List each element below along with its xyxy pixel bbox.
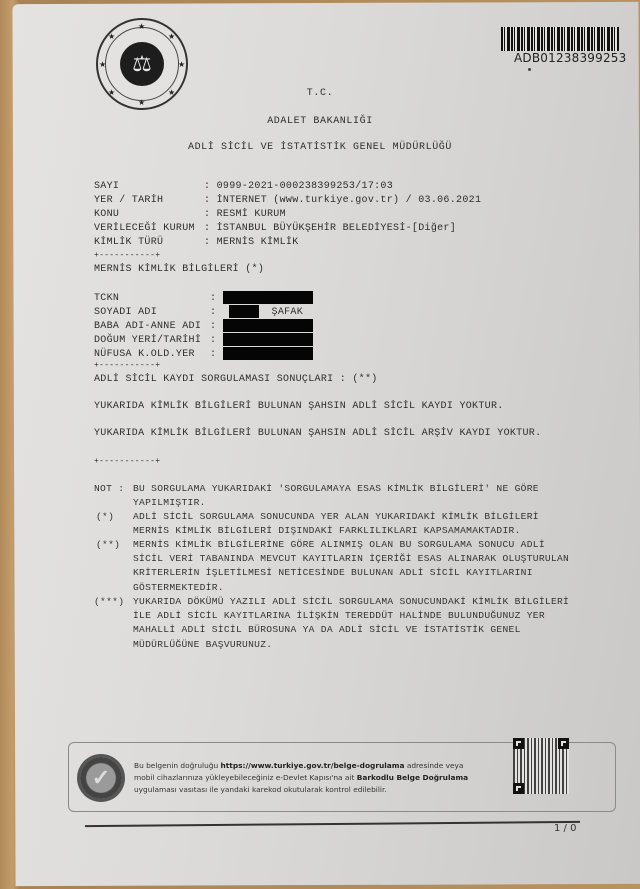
meta-row-konu: KONU: RESMİ KURUM (94, 209, 286, 220)
header-directorate: ADLİ SİCİL VE İSTATİSTİK GENEL MÜDÜRLÜĞÜ (0, 142, 640, 153)
redacted-value (223, 291, 313, 304)
results-title: ADLİ SİCİL KAYDI SORGULAMASI SONUÇLARI :… (94, 374, 378, 385)
qr-finder-pattern (513, 738, 524, 749)
scales-of-justice-icon: ⚖ (120, 42, 164, 86)
page-number: 1 / 0 (554, 823, 576, 834)
note-text-3: YUKARIDA DÖKÜMÜ YAZILI ADLİ SİCİL SORGUL… (133, 595, 569, 652)
meta-row-kurum: VERİLECEĞİ KURUM: İSTANBUL BÜYÜKŞEHİR BE… (94, 223, 456, 234)
identity-row-soyadi-adi: SOYADI ADI: ŞAFAK (94, 305, 303, 318)
separator: +-----------+ (94, 251, 160, 260)
note-marker: NOT : (94, 482, 124, 496)
note-text-1: ADLİ SİCİL SORGULAMA SONUCUNDA YER ALAN … (133, 510, 539, 538)
result-criminal-record: YUKARIDA KİMLİK BİLGİLERİ BULUNAN ŞAHSIN… (94, 401, 504, 412)
identity-row-tckn: TCKN: (94, 291, 313, 304)
document-barcode (501, 27, 619, 51)
star-icon: ★ (108, 32, 115, 41)
star-icon: ★ (138, 98, 145, 107)
note-marker-2: (**) (96, 538, 120, 552)
verification-url[interactable]: https://www.turkiye.gov.tr/belge-dogrula… (221, 761, 405, 770)
meta-row-sayi: SAYI: 0999-2021-000238399253/17:03 (94, 181, 393, 192)
barcode-number: ADB01238399253 (514, 51, 626, 65)
meta-row-yer-tarih: YER / TARİH: İNTERNET (www.turkiye.gov.t… (94, 195, 481, 206)
qr-finder-pattern (513, 783, 524, 794)
star-icon: ★ (99, 60, 106, 69)
star-icon: ★ (138, 22, 145, 31)
identity-row-dogum: DOĞUM YERİ/TARİHİ: (94, 333, 313, 346)
verification-app-name: Barkodlu Belge Doğrulama (357, 773, 468, 782)
redacted-value (223, 333, 313, 346)
separator: +-----------+ (94, 457, 160, 466)
identity-title: MERNİS KİMLİK BİLGİLERİ (*) (94, 264, 264, 275)
check-badge-icon: ✓ (80, 757, 122, 799)
meta-row-kimlik-turu: KİMLİK TÜRÜ: MERNİS KİMLİK (94, 237, 299, 248)
redacted-value (223, 347, 313, 360)
verification-text: Bu belgenin doğruluğu https://www.turkiy… (134, 760, 484, 796)
redacted-value (223, 319, 313, 332)
separator: +-----------+ (94, 361, 160, 370)
qr-code[interactable] (513, 738, 569, 794)
note-marker-1: (*) (96, 510, 114, 524)
star-icon: ★ (168, 32, 175, 41)
header-ministry: ADALET BAKANLIĞI (0, 116, 640, 127)
redacted-value (229, 305, 259, 318)
identity-row-nufus: NÜFUSA K.OLD.YER: (94, 347, 313, 360)
qr-finder-pattern (558, 738, 569, 749)
note-marker-3: (***) (94, 595, 124, 609)
star-icon: ★ (178, 60, 185, 69)
note-text: BU SORGULAMA YUKARIDAKİ 'SORGULAMAYA ESA… (133, 482, 539, 510)
note-text-2: MERNİS KİMLİK BİLGİLERİNE GÖRE ALINMIŞ O… (133, 538, 569, 595)
header-tc: T.C. (0, 88, 640, 99)
result-archive-record: YUKARIDA KİMLİK BİLGİLERİ BULUNAN ŞAHSIN… (94, 428, 541, 439)
identity-row-baba-anne: BABA ADI-ANNE ADI: (94, 319, 313, 332)
barcode-dot (528, 68, 531, 71)
